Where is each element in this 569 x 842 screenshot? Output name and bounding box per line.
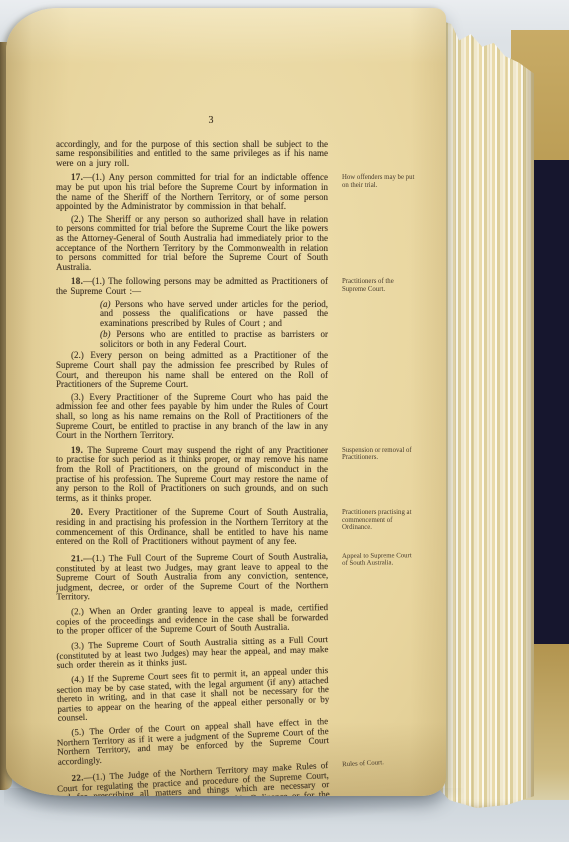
section-text: —(1.) The following persons may be admit… <box>56 276 328 296</box>
section-number: 19. <box>71 445 83 455</box>
book-photo: 3 accordingly, and for the purpose of th… <box>0 0 569 842</box>
section-18-3: (3.) Every Practitioner of the Supreme C… <box>56 393 328 441</box>
item-text: Persons who have served under articles f… <box>100 299 328 328</box>
margin-note-17: How offenders may be put on their trial. <box>342 174 416 189</box>
page-number: 3 <box>94 116 328 126</box>
section-21-2: (2.) When an Order granting leave to app… <box>56 603 328 637</box>
section-17-2: (2.) The Sheriff or any person so author… <box>56 215 328 273</box>
margin-note-21: Appeal to Supreme Court of South Austral… <box>342 552 416 567</box>
section-21-5: (5.) The Order of the Court on appeal sh… <box>56 717 329 767</box>
item-marker: (b) <box>100 329 111 339</box>
section-22-1: 22.—(1.) The Judge of the Northern Terri… <box>56 761 330 796</box>
section-number: 18. <box>71 276 83 286</box>
paragraph-continuation: accordingly, and for the purpose of this… <box>56 140 328 169</box>
section-18-1: 18.—(1.) The following persons may be ad… <box>56 277 328 296</box>
section-text: The Supreme Court may suspend the right … <box>56 445 328 503</box>
section-21-4: (4.) If the Supreme Court sees fit to pe… <box>56 666 330 724</box>
section-20: 20. Every Practitioner of the Supreme Co… <box>56 508 328 546</box>
section-19: 19. The Supreme Court may suspend the ri… <box>56 446 328 504</box>
section-17-1: 17.—(1.) Any person committed for trial … <box>56 173 328 211</box>
section-21-3: (3.) The Supreme Court of South Australi… <box>56 635 329 671</box>
section-text: —(1.) The Full Court of the Supreme Cour… <box>56 551 328 602</box>
margin-note-22: Rules of Court. <box>342 757 416 768</box>
page-text: 3 accordingly, and for the purpose of th… <box>56 116 328 796</box>
margin-note-18: Practitioners of the Supreme Court. <box>342 278 416 293</box>
section-number: 20. <box>71 507 83 517</box>
section-number: 17. <box>71 172 83 182</box>
margin-note-19: Suspension or removal of Practitioners. <box>342 447 416 462</box>
section-text: Every Practitioner of the Supreme Court … <box>56 507 328 546</box>
item-text: Persons who are entitled to practise as … <box>100 329 328 349</box>
section-18-2: (2.) Every person on being admitted as a… <box>56 351 328 389</box>
margin-note-20: Practitioners practising at commencement… <box>342 509 416 531</box>
section-number: 21. <box>71 553 83 563</box>
item-b: (b) Persons who are entitled to practise… <box>100 330 328 349</box>
scanned-page: 3 accordingly, and for the purpose of th… <box>6 8 446 796</box>
page-stack-fore-edge <box>438 20 534 808</box>
section-21-1: 21.—(1.) The Full Court of the Supreme C… <box>56 552 328 602</box>
item-marker: (a) <box>100 299 111 309</box>
section-text: —(1.) Any person committed for trial for… <box>56 172 328 211</box>
item-a: (a) Persons who have served under articl… <box>100 300 328 329</box>
